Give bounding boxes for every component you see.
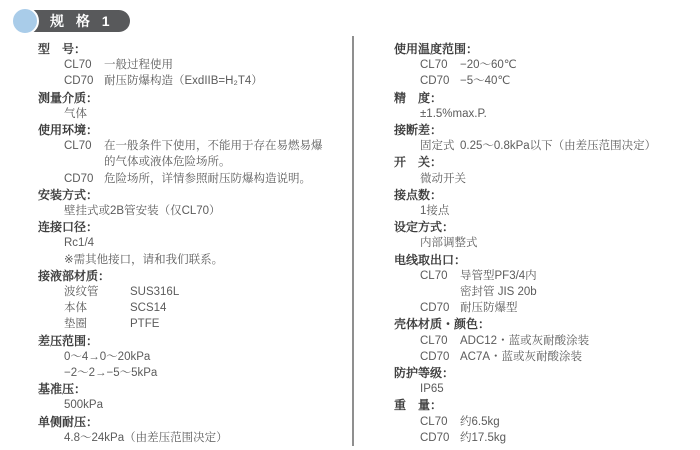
spec-value: −2～2→−5～5kPa — [64, 365, 157, 381]
spec-row: CD70 耐压防爆型 — [394, 300, 700, 316]
section-heading: 使用环境： — [38, 122, 343, 138]
spec-value: 约6.5kg — [460, 414, 500, 430]
model-label: CL70 — [420, 414, 460, 430]
section-heading: 开 关： — [394, 154, 700, 170]
spec-row: 内部调整式 — [394, 235, 700, 251]
spec-value: 在一般条件下使用，不能用于存在易燃易爆的气体或液体危险场所。 — [104, 138, 329, 170]
spec-row: 壁挂式或2B管安装（仅CL70） — [38, 203, 343, 219]
spec-row: CD70 耐压防爆构造（ExdIIB=H₂T4） — [38, 73, 343, 89]
spec-value: PTFE — [130, 316, 159, 332]
section-heading: 精 度： — [394, 90, 700, 106]
model-label: CD70 — [64, 73, 104, 89]
spec-row: −2～2→−5～5kPa — [38, 365, 343, 381]
part-label: 本体 — [64, 300, 130, 316]
spec-value: 约17.5kg — [460, 430, 506, 446]
spec-row: 1接点 — [394, 203, 700, 219]
spec-row: 波纹管 SUS316L — [38, 284, 343, 300]
spec-row: IP65 — [394, 381, 700, 397]
spec-row: 本体 SCS14 — [38, 300, 343, 316]
section-heading: 重 量： — [394, 397, 700, 413]
section-medium: 测量介质： 气体 — [38, 90, 343, 122]
section-mounting: 安装方式： 壁挂式或2B管安装（仅CL70） — [38, 187, 343, 219]
spec-row: CL70 −20～60℃ — [394, 57, 700, 73]
spec-row: CD70 约17.5kg — [394, 430, 700, 446]
section-accuracy: 精 度： ±1.5%max.P. — [394, 90, 700, 122]
spec-value: −5～40℃ — [460, 73, 510, 89]
spec-note: ※需其他接口，请和我们联系。 — [64, 252, 223, 268]
section-contact-count: 接点数： 1接点 — [394, 187, 700, 219]
spec-value: 500kPa — [64, 397, 103, 413]
spec-value: −20～60℃ — [460, 57, 517, 73]
section-heading: 设定方式： — [394, 219, 700, 235]
spec-row: 4.8～24kPa（由差压范围决定） — [38, 430, 343, 446]
model-label: CD70 — [420, 349, 460, 365]
section-heading: 基准压： — [38, 381, 343, 397]
spec-row: CL70 约6.5kg — [394, 414, 700, 430]
spec-row: CD70 AC7A・蓝或灰耐酸涂装 — [394, 349, 700, 365]
spec-row: CL70 在一般条件下使用，不能用于存在易燃易爆的气体或液体危险场所。 — [38, 138, 343, 170]
section-dp-range: 差压范围： 0～4→0～20kPa −2～2→−5～5kPa — [38, 333, 343, 382]
spec-value: ADC12・蓝或灰耐酸涂装 — [460, 333, 589, 349]
section-heading: 型 号： — [38, 41, 343, 57]
spec-row: CL70 导管型PF3/4内 密封管 JIS 20b — [394, 268, 700, 300]
spec-row: ※需其他接口，请和我们联系。 — [38, 252, 343, 268]
spec-value: 1接点 — [420, 203, 449, 219]
model-label: CL70 — [420, 268, 460, 300]
spec-row: 固定式 0.25～0.8kPa以下（由差压范围决定） — [394, 138, 700, 154]
section-model: 型 号： CL70 一般过程使用 CD70 耐压防爆构造（ExdIIB=H₂T4… — [38, 41, 343, 90]
spec-value: 危险场所，详情参照耐压防爆构造说明。 — [104, 171, 311, 187]
spec-value: IP65 — [420, 381, 444, 397]
part-label: 垫圈 — [64, 316, 130, 332]
section-connection: 连接口径： Rc1/4 ※需其他接口，请和我们联系。 — [38, 219, 343, 268]
model-label: CL70 — [64, 57, 104, 73]
spec-value: 4.8～24kPa（由差压范围决定） — [64, 430, 228, 446]
model-label: CL70 — [420, 57, 460, 73]
section-heading: 防护等级： — [394, 365, 700, 381]
spec-value: SCS14 — [130, 300, 166, 316]
spec-row: 500kPa — [38, 397, 343, 413]
section-heading: 电线取出口： — [394, 252, 700, 268]
section-wire-outlet: 电线取出口： CL70 导管型PF3/4内 密封管 JIS 20b CD70 耐… — [394, 252, 700, 317]
spec-row: CL70 ADC12・蓝或灰耐酸涂装 — [394, 333, 700, 349]
spec-value: 微动开关 — [420, 171, 466, 187]
spec-row: 气体 — [38, 106, 343, 122]
spec-value: SUS316L — [130, 284, 179, 300]
section-heading: 安装方式： — [38, 187, 343, 203]
section-heading: 接点数： — [394, 187, 700, 203]
spec-value: 耐压防爆构造（ExdIIB=H₂T4） — [104, 73, 263, 89]
section-housing-material-color: 壳体材质・颜色： CL70 ADC12・蓝或灰耐酸涂装 CD70 AC7A・蓝或… — [394, 316, 700, 365]
spec-value: Rc1/4 — [64, 235, 94, 251]
section-heading: 测量介质： — [38, 90, 343, 106]
section-heading: 单侧耐压： — [38, 414, 343, 430]
spec-value: 0.25～0.8kPa以下（由差压范围决定） — [460, 138, 656, 154]
spec-row: 垫圈 PTFE — [38, 316, 343, 332]
section-heading: 壳体材质・颜色： — [394, 316, 700, 332]
section-badge-label: 规 格 1 — [50, 11, 114, 31]
spec-value: 导管型PF3/4内 密封管 JIS 20b — [460, 268, 537, 300]
badge-circle-icon — [11, 7, 39, 35]
column-divider — [352, 36, 354, 446]
section-temperature-range: 使用温度范围： CL70 −20～60℃ CD70 −5～40℃ — [394, 41, 700, 90]
spec-row: CD70 −5～40℃ — [394, 73, 700, 89]
spec-value: ±1.5%max.P. — [420, 106, 487, 122]
spec-value: 气体 — [64, 106, 87, 122]
section-weight: 重 量： CL70 约6.5kg CD70 约17.5kg — [394, 397, 700, 446]
section-heading: 差压范围： — [38, 333, 343, 349]
section-heading: 连接口径： — [38, 219, 343, 235]
part-label: 波纹管 — [64, 284, 130, 300]
spec-row: CD70 危险场所，详情参照耐压防爆构造说明。 — [38, 171, 343, 187]
section-wetted-material: 接液部材质： 波纹管 SUS316L 本体 SCS14 垫圈 PTFE — [38, 268, 343, 333]
model-label: CD70 — [420, 73, 460, 89]
spec-value: 内部调整式 — [420, 235, 478, 251]
spec-value: 一般过程使用 — [104, 57, 173, 73]
spec-value: 0～4→0～20kPa — [64, 349, 150, 365]
spec-row: CL70 一般过程使用 — [38, 57, 343, 73]
section-reference-pressure: 基准压： 500kPa — [38, 381, 343, 413]
section-one-side-pressure: 单侧耐压： 4.8～24kPa（由差压范围决定） — [38, 414, 343, 446]
section-heading: 接断差： — [394, 122, 700, 138]
section-protection-rating: 防护等级： IP65 — [394, 365, 700, 397]
model-label: CD70 — [420, 300, 460, 316]
model-label: CD70 — [420, 430, 460, 446]
section-heading: 使用温度范围： — [394, 41, 700, 57]
spec-value: 耐压防爆型 — [460, 300, 518, 316]
spec-value: 壁挂式或2B管安装（仅CL70） — [64, 203, 221, 219]
section-heading: 接液部材质： — [38, 268, 343, 284]
spec-row: 微动开关 — [394, 171, 700, 187]
spec-row: Rc1/4 — [38, 235, 343, 251]
spec-row: ±1.5%max.P. — [394, 106, 700, 122]
spec-row: 0～4→0～20kPa — [38, 349, 343, 365]
type-label: 固定式 — [420, 138, 460, 154]
section-switch-differential: 接断差： 固定式 0.25～0.8kPa以下（由差压范围决定） — [394, 122, 700, 154]
section-switch: 开 关： 微动开关 — [394, 154, 700, 186]
right-column: 使用温度范围： CL70 −20～60℃ CD70 −5～40℃ 精 度： ±1… — [394, 41, 700, 446]
model-label: CD70 — [64, 171, 104, 187]
spec-value: AC7A・蓝或灰耐酸涂装 — [460, 349, 582, 365]
model-label: CL70 — [420, 333, 460, 349]
model-label: CL70 — [64, 138, 104, 170]
section-environment: 使用环境： CL70 在一般条件下使用，不能用于存在易燃易爆的气体或液体危险场所… — [38, 122, 343, 187]
section-setting-method: 设定方式： 内部调整式 — [394, 219, 700, 251]
left-column: 型 号： CL70 一般过程使用 CD70 耐压防爆构造（ExdIIB=H₂T4… — [38, 41, 343, 446]
